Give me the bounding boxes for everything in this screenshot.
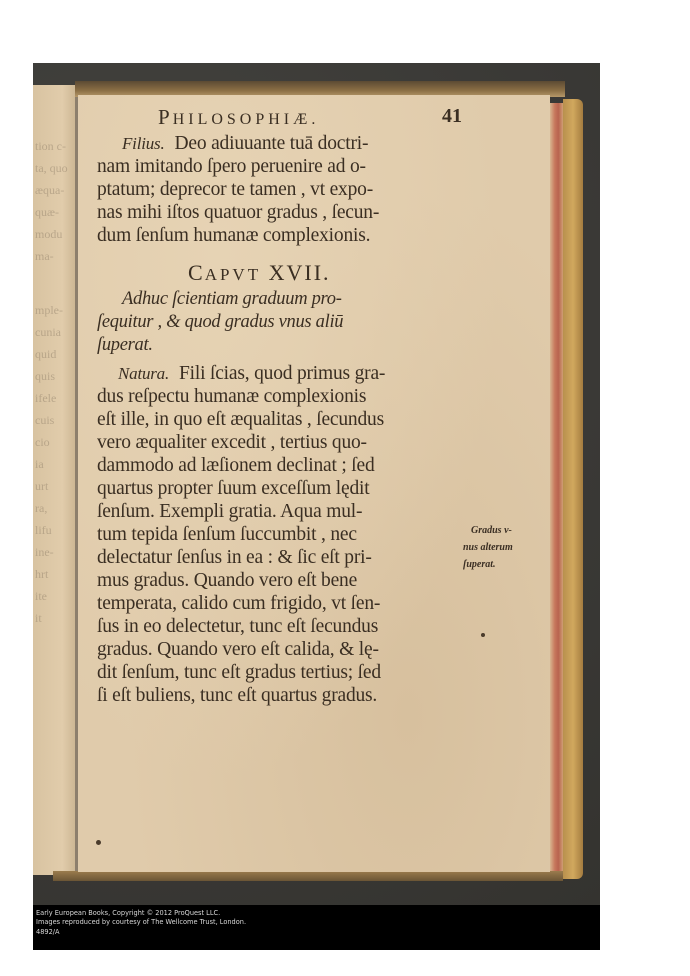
text-line: ſenſum. Exempli gratia. Aqua mul- (97, 501, 362, 523)
speaker-label: Natura. (118, 364, 169, 383)
facing-page-text: cunia (35, 325, 73, 340)
facing-page-text: ine- (35, 545, 73, 560)
running-head: PHILOSOPHIÆ. (158, 105, 319, 130)
text-line: dit ſenſum, tunc eſt gradus tertius; ſed (97, 662, 381, 684)
text-line: ſi eſt buliens, tunc eſt quartus gradus. (97, 685, 377, 707)
text-line: tum tepida ſenſum ſuccumbit , nec (97, 524, 357, 546)
facing-page-text: ra, (35, 501, 73, 516)
book-scan-image: tion c- ta, quo æqua- quæ- modu ma- mple… (33, 63, 600, 905)
book-cover-edge (563, 99, 583, 879)
chapter-summary-line: ſuperat. (97, 335, 153, 356)
text-line: ptatum; deprecor te tamen , vt expo- (97, 179, 373, 201)
ink-speck (96, 840, 101, 845)
marginal-note-line: nus alterum (463, 542, 513, 553)
text-line: ſus in eo delectetur, tunc eſt ſecundus (97, 616, 378, 638)
facing-page-text: it (35, 611, 73, 626)
facing-page-text: ta, quo (35, 161, 73, 176)
text-line: temperata, calido cum frigido, vt ſen- (97, 593, 380, 615)
page-bottom-edge (53, 871, 563, 881)
facing-page-text: quæ- (35, 205, 73, 220)
chapter-summary-line: ſequitur , & quod gradus vnus aliū (97, 312, 343, 333)
facing-page-text: ifele (35, 391, 73, 406)
text-line: dum ſenſum humanæ complexionis. (97, 225, 370, 247)
text-line: Filius.Deo adiuuante tuā doctri- (122, 133, 368, 155)
red-page-edge (550, 103, 563, 875)
text-line: nas mihi iſtos quatuor gradus , ſecun- (97, 202, 379, 224)
text-line: Natura.Fili ſcias, quod primus gra- (118, 363, 385, 385)
text-line: vero æqualiter excedit , tertius quo- (97, 432, 367, 454)
facing-page-text: cuis (35, 413, 73, 428)
facing-page-text: modu (35, 227, 73, 242)
footer-courtesy: Images reproduced by courtesy of The Wel… (36, 918, 600, 927)
facing-page-text: mple- (35, 303, 73, 318)
footer-shelfmark: 4892/A (36, 928, 600, 937)
facing-page-text: hrt (35, 567, 73, 582)
text-line: nam imitando ſpero peruenire ad o- (97, 156, 366, 178)
footer-copyright: Early European Books, Copyright © 2012 P… (36, 909, 600, 918)
ink-speck (481, 633, 485, 637)
page-number: 41 (442, 105, 462, 128)
text-line: mus gradus. Quando vero eſt bene (97, 570, 357, 592)
speaker-label: Filius. (122, 134, 165, 153)
text-line: eſt ille, in quo eſt æqualitas , ſecundu… (97, 409, 384, 431)
text-line: dammodo ad læſionem declinat ; ſed (97, 455, 375, 477)
text-line: dus reſpectu humanæ complexionis (97, 386, 366, 408)
facing-page-text: ma- (35, 249, 73, 264)
facing-page-text: lifu (35, 523, 73, 538)
facing-page-text: ite (35, 589, 73, 604)
copyright-footer: Early European Books, Copyright © 2012 P… (33, 905, 600, 950)
facing-page-strip: tion c- ta, quo æqua- quæ- modu ma- mple… (33, 85, 75, 875)
text-line: gradus. Quando vero eſt calida, & lę- (97, 639, 379, 661)
facing-page-text: tion c- (35, 139, 73, 154)
marginal-note-line: ſuperat. (463, 559, 496, 570)
text-line: delectatur ſenſus in ea : & ſic eſt pri- (97, 547, 372, 569)
chapter-heading: CAPVT XVII. (188, 260, 331, 286)
facing-page-text: ia (35, 457, 73, 472)
facing-page-text: urt (35, 479, 73, 494)
facing-page-text: quid (35, 347, 73, 362)
chapter-summary-line: Adhuc ſcientiam graduum pro- (122, 289, 342, 310)
book-page: PHILOSOPHIÆ. 41 Filius.Deo adiuuante tuā… (78, 95, 550, 872)
facing-page-text: quis (35, 369, 73, 384)
facing-page-text: æqua- (35, 183, 73, 198)
facing-page-text: cio (35, 435, 73, 450)
text-line: quartus propter ſuum exceſſum lędit (97, 478, 369, 500)
marginal-note-line: Gradus v- (471, 525, 512, 536)
